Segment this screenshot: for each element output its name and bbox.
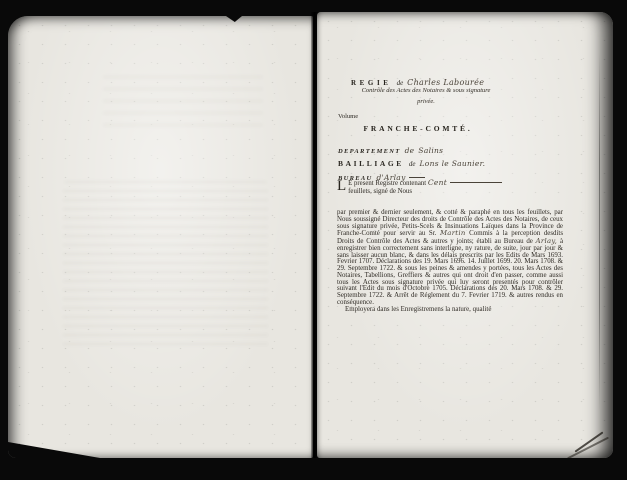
page-edge-notch: [226, 16, 242, 22]
province-heading: FRANCHE-COMTÉ.: [317, 124, 519, 133]
closing-line: Employera dans les Enregistremens la nat…: [337, 307, 563, 314]
printed-instructions: par premier & dernier seulement, & cotté…: [337, 210, 563, 313]
body-part3: à enregistrer bien correctement sans int…: [337, 238, 563, 306]
bailliage-value-handwritten: Lons le Saunier.: [420, 159, 486, 168]
registre-line1: E present Registre contenant: [348, 180, 426, 187]
pen-flourish: [409, 177, 425, 178]
controle-subtitle-line2: privée.: [333, 97, 519, 108]
controle-subtitle: Contrôle des Actes des Notaires & sous s…: [333, 86, 519, 107]
ink-showthrough: [103, 76, 263, 136]
registre-dropcap: L: [337, 179, 346, 193]
controle-subtitle-line1: Contrôle des Actes des Notaires & sous s…: [333, 86, 519, 97]
scanned-book-spread: REGIE de Charles Labourée Contrôle des A…: [0, 0, 627, 480]
page-corner-cut: [8, 442, 100, 458]
commis-name-handwritten: Martin: [440, 229, 466, 237]
volume-label: Volume: [338, 113, 358, 120]
pen-flourish: [450, 182, 502, 183]
page-edge-shadow: [599, 52, 600, 412]
left-blank-page: [8, 16, 313, 458]
recto-title-page: REGIE de Charles Labourée Contrôle des A…: [317, 12, 613, 458]
ink-showthrough: [63, 181, 268, 351]
registre-statement: L E present Registre contenant Cent feui…: [337, 179, 537, 196]
body-paragraph: par premier & dernier seulement, & cotté…: [337, 210, 563, 307]
registre-line2: feuillets, signé de Nous: [348, 188, 412, 195]
registre-count-handwritten: Cent: [428, 178, 447, 187]
